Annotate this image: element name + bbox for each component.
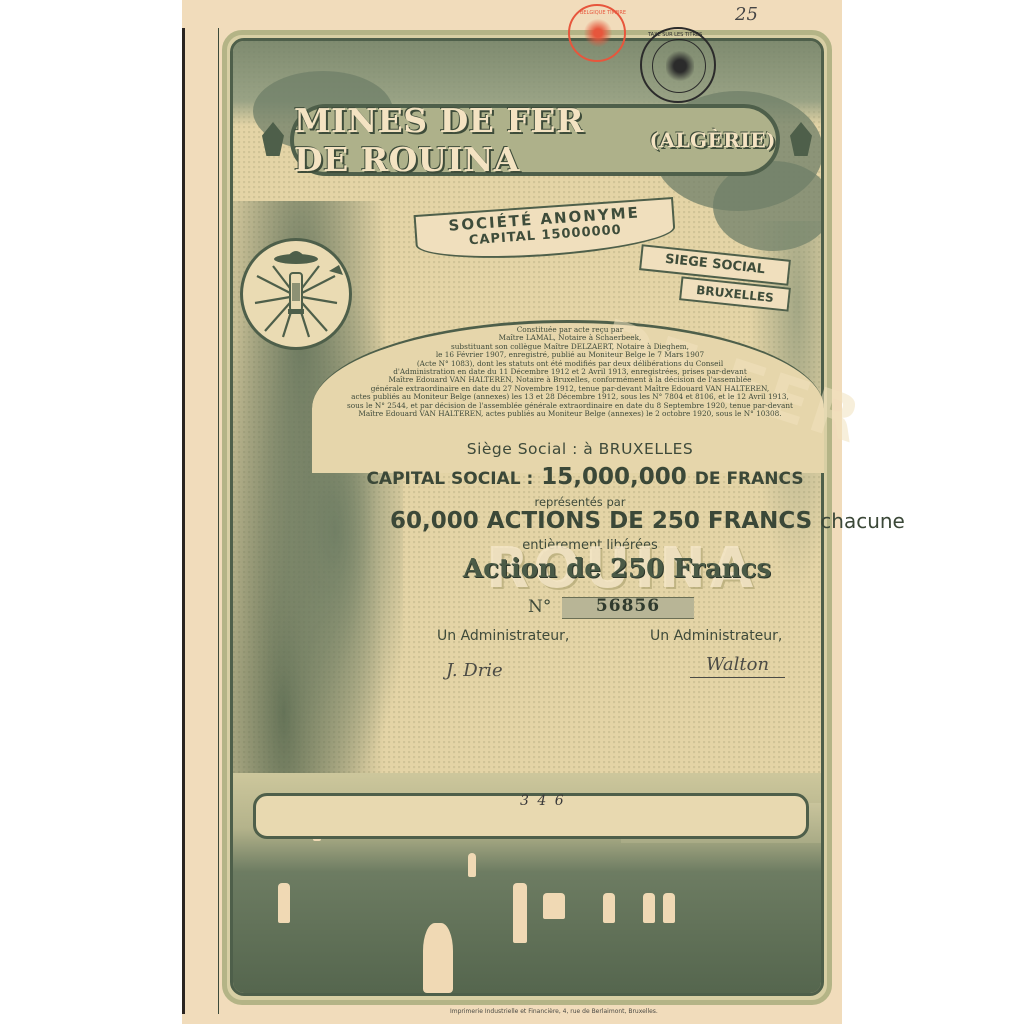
- worker-figure: [643, 893, 655, 923]
- worker-figure: [278, 883, 290, 923]
- red-tax-stamp: BELGIQUE TIMBRE: [568, 4, 626, 62]
- worker-figure: [603, 893, 615, 923]
- signature-right: Walton: [690, 654, 785, 678]
- actions-line: 60,000 ACTIONS DE 250 FRANCS chacune: [390, 508, 830, 534]
- stub-line: [218, 28, 219, 1014]
- certificate-number: 56856: [562, 596, 694, 616]
- share-title: Action de 250 Francs: [432, 554, 802, 584]
- worker-figure: [468, 853, 476, 877]
- handwritten-note: 3 4 6: [520, 793, 566, 809]
- worker-figure: [513, 883, 527, 943]
- black-tax-stamp: TAXE SUR LES TITRES: [640, 27, 716, 103]
- siege-social-line: Siège Social : à BRUXELLES: [430, 440, 730, 458]
- worker-figure: [423, 923, 453, 993]
- company-title: MINES DE FER DE ROUINA: [294, 101, 647, 179]
- pencil-mark: 25: [735, 4, 758, 25]
- paper-edge: [182, 28, 185, 1014]
- worker-figure: [543, 893, 565, 919]
- capital-social-line: CAPITAL SOCIAL : 15,000,000 DE FRANCS: [340, 464, 830, 490]
- worker-figure: [663, 893, 675, 923]
- administrator-label-right: Un Administrateur,: [650, 628, 782, 644]
- company-country: (ALGÈRIE): [649, 128, 776, 152]
- number-label: N°: [528, 597, 551, 617]
- printer-imprint: Imprimerie Industrielle et Financière, 4…: [450, 1008, 658, 1015]
- administrator-label-left: Un Administrateur,: [437, 628, 569, 644]
- signature-left: J. Drie: [446, 660, 503, 681]
- represented-by: représentés par: [430, 495, 730, 509]
- incorporation-text: Constituée par acte reçu par Maître LAMA…: [330, 326, 810, 418]
- title-cartouche: MINES DE FER DE ROUINA (ALGÈRIE): [290, 104, 780, 176]
